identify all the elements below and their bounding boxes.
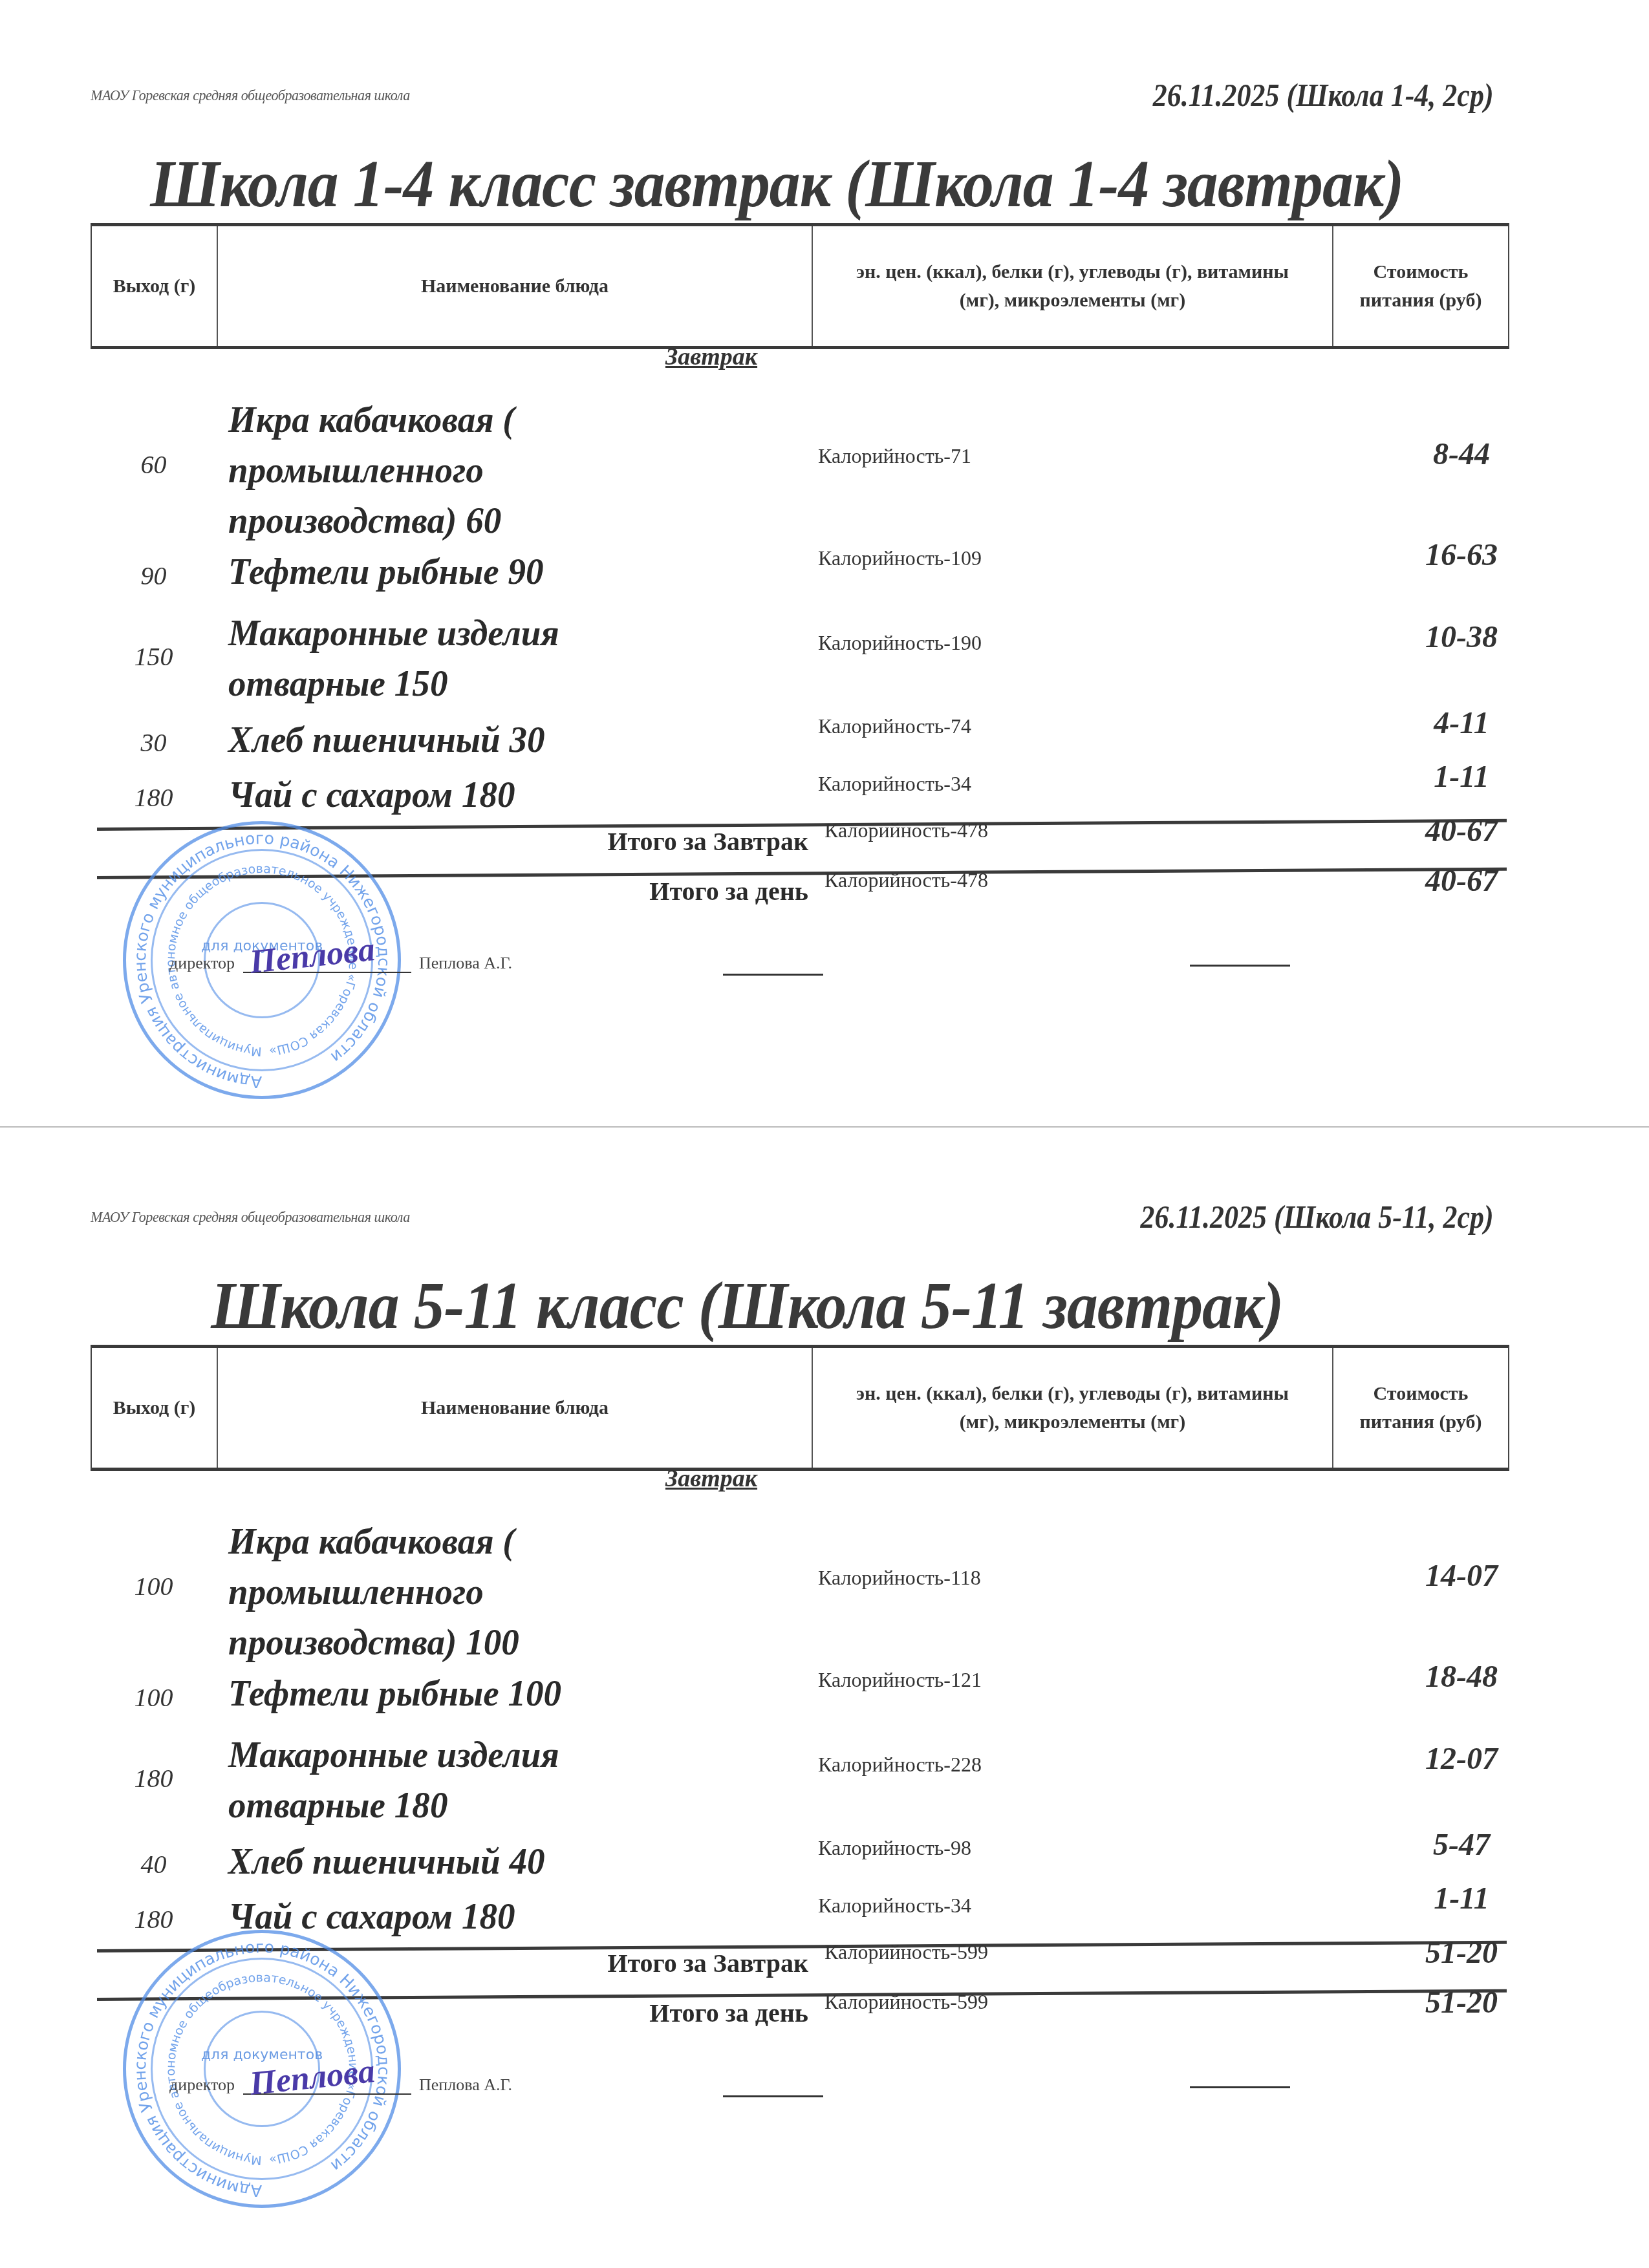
row-price: 1-11	[1332, 1881, 1591, 1916]
menu-title: Школа 1-4 класс завтрак (Школа 1-4 завтр…	[66, 145, 1583, 222]
total-day-kcal: Калорийность-599	[824, 1990, 988, 2014]
total-meal-price: 40-67	[1332, 813, 1591, 849]
col-dish: Наименование блюда	[218, 226, 813, 346]
row-qty: 150	[91, 641, 217, 672]
handwritten-signature: Пеплова	[248, 2052, 376, 2103]
row-price: 10-38	[1332, 619, 1591, 655]
row-kcal: Калорийность-34	[818, 772, 971, 796]
row-price: 5-47	[1332, 1827, 1591, 1863]
table-header: Выход (г) Наименование блюда эн. цен. (к…	[91, 223, 1509, 349]
row-price: 16-63	[1332, 537, 1591, 573]
total-meal-price: 51-20	[1332, 1935, 1591, 1971]
row-dish: Чай с сахаром 180	[228, 1891, 720, 1942]
col-price: Стоимость питания (руб)	[1333, 1348, 1508, 1468]
signer-role: директор	[169, 2075, 235, 2094]
signer-name: Пеплова А.Г.	[419, 954, 512, 972]
row-dish: Икра кабачковая ( промышленного производ…	[228, 1516, 720, 1667]
blank-line	[1190, 965, 1290, 967]
total-meal-kcal: Калорийность-478	[824, 818, 988, 842]
col-qty: Выход (г)	[92, 1348, 218, 1468]
row-dish: Чай с сахаром 180	[228, 769, 720, 820]
table-header: Выход (г) Наименование блюда эн. цен. (к…	[91, 1345, 1509, 1471]
row-kcal: Калорийность-71	[818, 444, 971, 468]
row-price: 1-11	[1332, 759, 1591, 795]
signer-name: Пеплова А.Г.	[419, 2075, 512, 2094]
total-day-price: 40-67	[1332, 863, 1591, 899]
row-price: 14-07	[1332, 1558, 1591, 1594]
total-day-kcal: Калорийность-478	[824, 868, 988, 892]
row-dish: Тефтели рыбные 90	[228, 546, 720, 597]
menu-title: Школа 5-11 класс (Школа 5-11 завтрак)	[66, 1267, 1583, 1344]
col-dish: Наименование блюда	[218, 1348, 813, 1468]
row-kcal: Калорийность-74	[818, 714, 971, 738]
total-day-label: Итого за день	[649, 876, 808, 906]
row-kcal: Калорийность-121	[818, 1668, 982, 1692]
row-qty: 100	[91, 1571, 217, 1601]
total-meal-label: Итого за Завтрак	[607, 1948, 808, 1978]
row-qty: 30	[91, 727, 217, 758]
total-day-label: Итого за день	[649, 1998, 808, 2028]
blank-line	[723, 974, 823, 976]
row-kcal: Калорийность-109	[818, 546, 982, 570]
col-qty: Выход (г)	[92, 226, 218, 346]
row-price: 4-11	[1332, 705, 1591, 741]
row-dish: Хлеб пшеничный 30	[228, 714, 720, 765]
org-name: МАОУ Горевская средняя общеобразовательн…	[91, 87, 410, 105]
blank-line	[723, 2095, 823, 2097]
row-kcal: Калорийность-98	[818, 1836, 971, 1860]
row-qty: 180	[91, 1904, 217, 1934]
row-dish: Макаронные изделия отварные 180	[228, 1729, 720, 1830]
signer-role: директор	[169, 954, 235, 972]
signature-line: Пеплова	[243, 2077, 411, 2095]
blank-line	[1190, 2086, 1290, 2088]
row-qty: 100	[91, 1682, 217, 1713]
total-meal-label: Итого за Завтрак	[607, 826, 808, 857]
row-kcal: Калорийность-118	[818, 1566, 981, 1590]
row-kcal: Калорийность-190	[818, 631, 982, 655]
date-label: 26.11.2025 (Школа 1-4, 2ср)	[1153, 76, 1494, 114]
col-price: Стоимость питания (руб)	[1333, 226, 1508, 346]
date-label: 26.11.2025 (Школа 5-11, 2ср)	[1141, 1198, 1494, 1236]
row-qty: 90	[91, 561, 217, 591]
menu-sheet-grades-5-11: МАОУ Горевская средняя общеобразовательн…	[0, 1122, 1649, 2247]
total-meal-kcal: Калорийность-599	[824, 1940, 988, 1964]
menu-sheet-grades-1-4: МАОУ Горевская средняя общеобразовательн…	[0, 0, 1649, 1125]
row-price: 12-07	[1332, 1741, 1591, 1777]
row-qty: 40	[91, 1849, 217, 1879]
row-dish: Тефтели рыбные 100	[228, 1668, 720, 1718]
row-qty: 180	[91, 1763, 217, 1793]
handwritten-signature: Пеплова	[248, 930, 376, 981]
row-qty: 60	[91, 449, 217, 480]
org-name: МАОУ Горевская средняя общеобразовательн…	[91, 1209, 410, 1226]
section-label: Завтрак	[660, 343, 763, 371]
row-qty: 180	[91, 782, 217, 813]
col-nutrition: эн. цен. (ккал), белки (г), углеводы (г)…	[813, 1348, 1333, 1468]
row-price: 8-44	[1332, 436, 1591, 472]
signature-block: директор Пеплова Пеплова А.Г.	[169, 954, 512, 973]
signature-line: Пеплова	[243, 955, 411, 973]
row-kcal: Калорийность-34	[818, 1894, 971, 1918]
signature-block: директор Пеплова Пеплова А.Г.	[169, 2075, 512, 2095]
section-label: Завтрак	[660, 1464, 763, 1493]
row-dish: Икра кабачковая ( промышленного производ…	[228, 394, 720, 546]
col-nutrition: эн. цен. (ккал), белки (г), углеводы (г)…	[813, 226, 1333, 346]
total-day-price: 51-20	[1332, 1985, 1591, 2020]
row-price: 18-48	[1332, 1659, 1591, 1695]
row-dish: Хлеб пшеничный 40	[228, 1836, 720, 1887]
row-dish: Макаронные изделия отварные 150	[228, 608, 720, 709]
row-kcal: Калорийность-228	[818, 1753, 982, 1777]
